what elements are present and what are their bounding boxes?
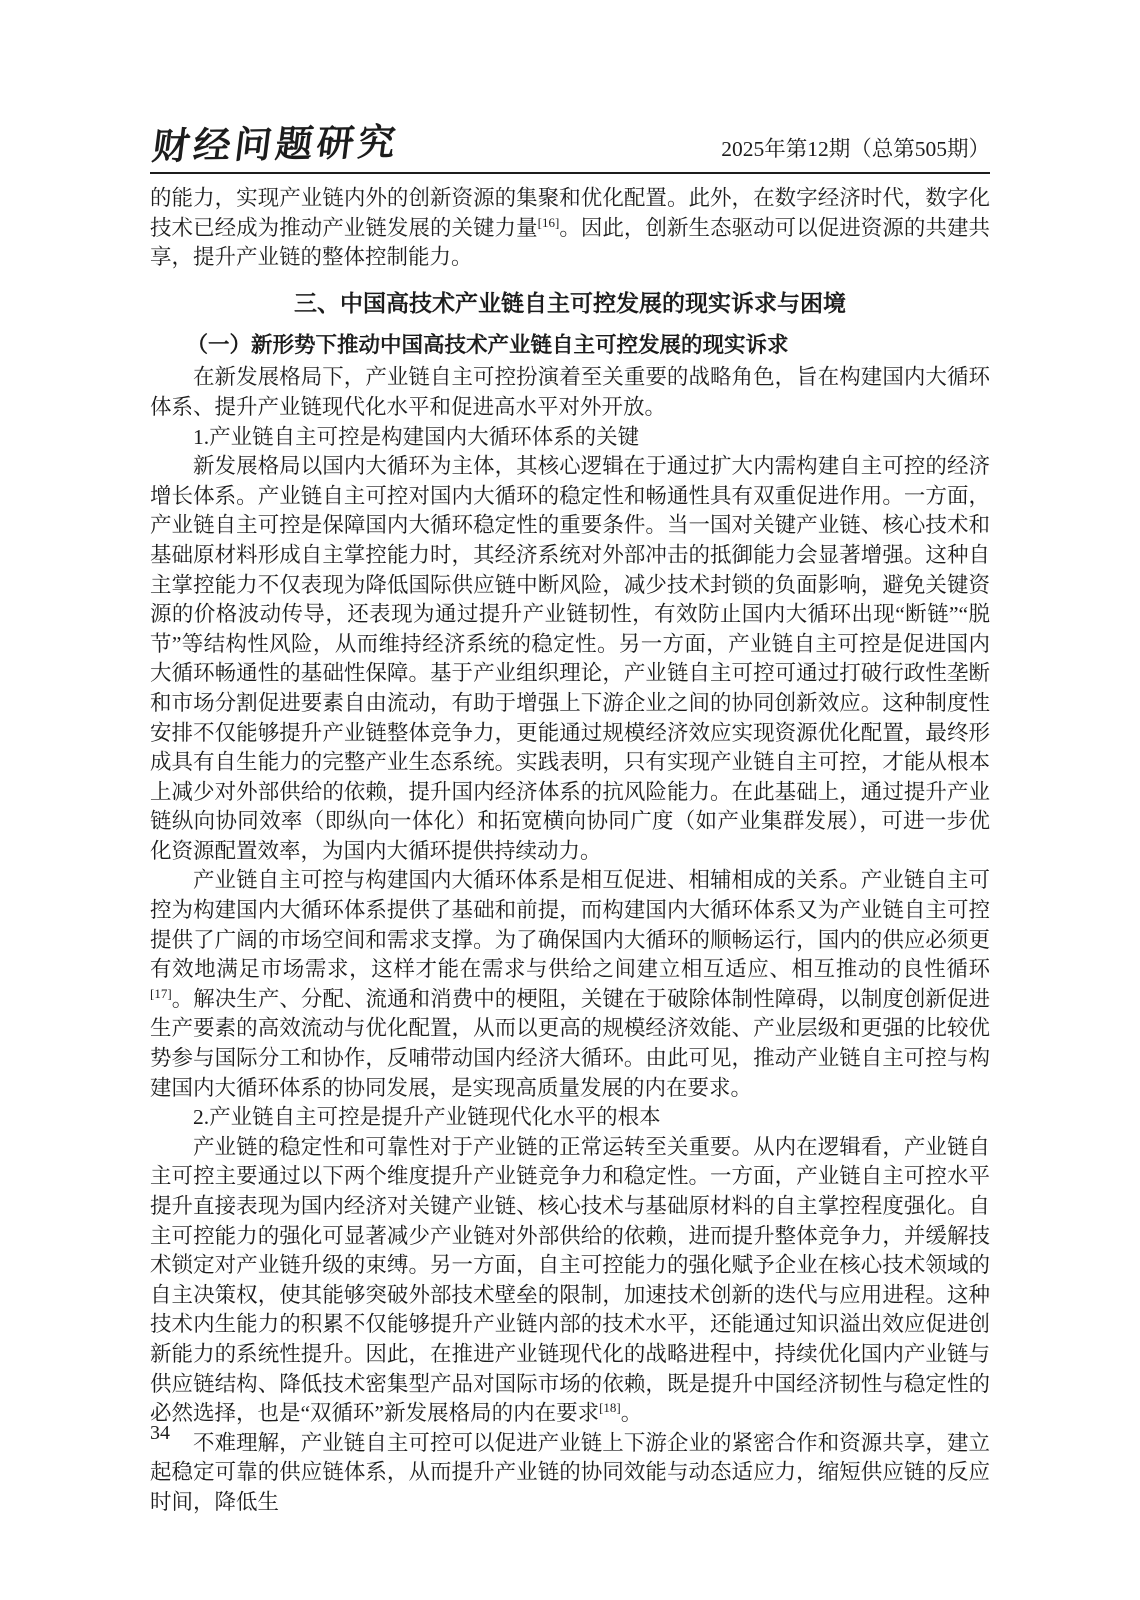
- paragraph-intro: 在新发展格局下，产业链自主可控扮演着至关重要的战略角色，旨在构建国内大循环体系、…: [150, 363, 990, 422]
- section-heading: 三、中国高技术产业链自主可控发展的现实诉求与困境: [150, 288, 990, 318]
- subsection-heading: （一）新形势下推动中国高技术产业链自主可控发展的现实诉求: [150, 331, 990, 361]
- journal-logo: 财经问题研究: [150, 124, 401, 167]
- citation-ref-18: [18]: [599, 1400, 621, 1415]
- page-number: 34: [150, 1422, 170, 1445]
- paragraph-modernization: 产业链的稳定性和可靠性对于产业链的正常运转至关重要。从内在逻辑看，产业链自主可控…: [150, 1133, 990, 1429]
- paragraph-point1: 新发展格局以国内大循环为主体，其核心逻辑在于通过扩大内需构建自主可控的经济增长体…: [150, 452, 990, 866]
- paragraph-final: 不难理解，产业链自主可控可以促进产业链上下游企业的紧密合作和资源共享，建立起稳定…: [150, 1429, 990, 1518]
- issue-info: 2025年第12期（总第505期）: [721, 137, 990, 167]
- paragraph-text: 。解决生产、分配、流通和消费中的梗阻，关键在于破除体制性障碍，以制度创新促进生产…: [150, 987, 990, 1100]
- paragraph-text: 产业链自主可控与构建国内大循环体系是相互促进、相辅相成的关系。产业链自主可控为构…: [150, 868, 990, 981]
- header-rule: [150, 172, 990, 174]
- paragraph-cycle: 产业链自主可控与构建国内大循环体系是相互促进、相辅相成的关系。产业链自主可控为构…: [150, 866, 990, 1103]
- paragraph-carryover: 的能力，实现产业链内外的创新资源的集聚和优化配置。此外，在数字经济时代，数字化技…: [150, 184, 990, 273]
- citation-ref-16: [16]: [538, 214, 560, 229]
- point-1-heading: 1.产业链自主可控是构建国内大循环体系的关键: [150, 423, 990, 453]
- paragraph-text: 。: [621, 1401, 643, 1425]
- page-header: 财经问题研究 2025年第12期（总第505期）: [150, 128, 990, 167]
- citation-ref-17: [17]: [150, 986, 172, 1001]
- point-2-heading: 2.产业链自主可控是提升产业链现代化水平的根本: [150, 1103, 990, 1133]
- article-body: 的能力，实现产业链内外的创新资源的集聚和优化配置。此外，在数字经济时代，数字化技…: [150, 184, 990, 1518]
- paragraph-text: 产业链的稳定性和可靠性对于产业链的正常运转至关重要。从内在逻辑看，产业链自主可控…: [150, 1135, 990, 1425]
- journal-page: 财经问题研究 2025年第12期（总第505期） 的能力，实现产业链内外的创新资…: [0, 0, 1140, 1600]
